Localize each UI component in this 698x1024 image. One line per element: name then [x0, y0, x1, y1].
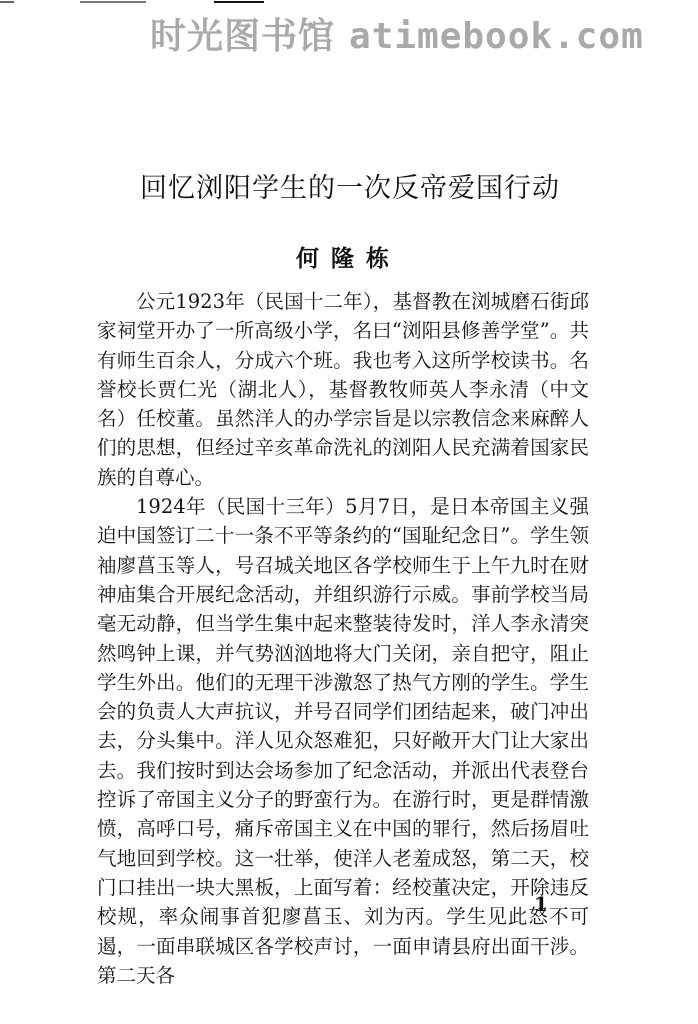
- paragraph: 公元1923年（民国十二年），基督教在浏城磨石街邱家祠堂开办了一所高级小学，名曰…: [97, 287, 589, 492]
- article-body: 公元1923年（民国十二年），基督教在浏城磨石街邱家祠堂开办了一所高级小学，名曰…: [97, 287, 589, 990]
- article-author: 何隆栋: [296, 240, 401, 273]
- watermark-site-name: 时光图书馆: [150, 16, 335, 57]
- article-title: 回忆浏阳学生的一次反帝爱国行动: [140, 166, 580, 205]
- scan-edge-line: [214, 1, 264, 3]
- paragraph: 1924年（民国十三年）5月7日，是日本帝国主义强迫中国签订二十一条不平等条约的…: [97, 492, 589, 990]
- watermark: 时光图书馆atimebook.com: [150, 8, 698, 59]
- watermark-url: atimebook.com: [349, 16, 644, 57]
- page-number: 1: [534, 892, 548, 916]
- scan-edge-line: [80, 1, 146, 3]
- scan-edge-line: [0, 1, 14, 3]
